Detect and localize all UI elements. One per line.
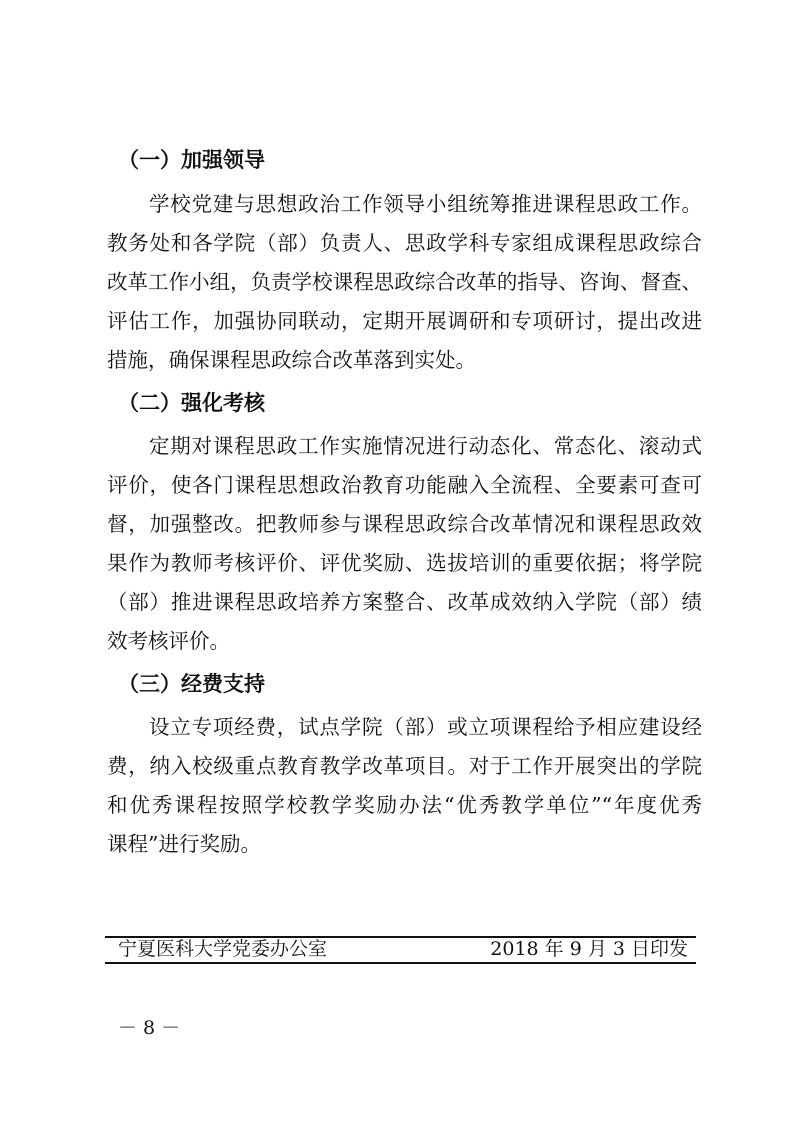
- paragraph-line: 措施，确保课程思政综合改革落到实处。: [107, 345, 702, 375]
- section-heading-funding: （三）经费支持: [118, 669, 265, 699]
- paragraph-line: 评价，使各门课程思想政治教育功能融入全流程、全要素可查可: [107, 470, 702, 500]
- paragraph-line: 效考核评价。: [107, 626, 702, 656]
- paragraph-line: 课程”进行奖励。: [107, 829, 702, 859]
- paragraph-line: 和优秀课程按照学校教学奖励办法“优秀教学单位”“年度优秀: [107, 790, 702, 820]
- issuer-label: 宁夏医科大学党委办公室: [118, 935, 327, 963]
- paragraph-line: （部）推进课程思政培养方案整合、改革成效纳入学院（部）绩: [107, 587, 702, 617]
- paragraph-line: 果作为教师考核评价、评优奖励、选拔培训的重要依据；将学院: [107, 548, 702, 578]
- paragraph-line: 改革工作小组，负责学校课程思政综合改革的指导、咨询、督查、: [107, 267, 702, 297]
- section-heading-leadership: （一）加强领导: [118, 145, 265, 175]
- paragraph-line: 教务处和各学院（部）负责人、思政学科专家组成课程思政综合: [107, 228, 702, 258]
- footer-bottom-rule: [105, 962, 696, 964]
- paragraph-line: 定期对课程思政工作实施情况进行动态化、常态化、滚动式: [149, 431, 702, 461]
- page-number: － 8 －: [118, 1015, 180, 1041]
- issue-date: 2018 年 9 月 3 日印发: [490, 935, 688, 963]
- paragraph-line: 设立专项经费，试点学院（部）或立项课程给予相应建设经: [149, 712, 702, 742]
- paragraph-line: 督，加强整改。把教师参与课程思政综合改革情况和课程思政效: [107, 509, 702, 539]
- paragraph-line: 评估工作，加强协同联动，定期开展调研和专项研讨，提出改进: [107, 306, 702, 336]
- document-page: （一）加强领导 学校党建与思想政治工作领导小组统筹推进课程思政工作。 教务处和各…: [0, 0, 793, 1122]
- paragraph-line: 学校党建与思想政治工作领导小组统筹推进课程思政工作。: [149, 189, 702, 219]
- paragraph-line: 费，纳入校级重点教育教学改革项目。对于工作开展突出的学院: [107, 751, 702, 781]
- section-heading-assessment: （二）强化考核: [118, 388, 265, 418]
